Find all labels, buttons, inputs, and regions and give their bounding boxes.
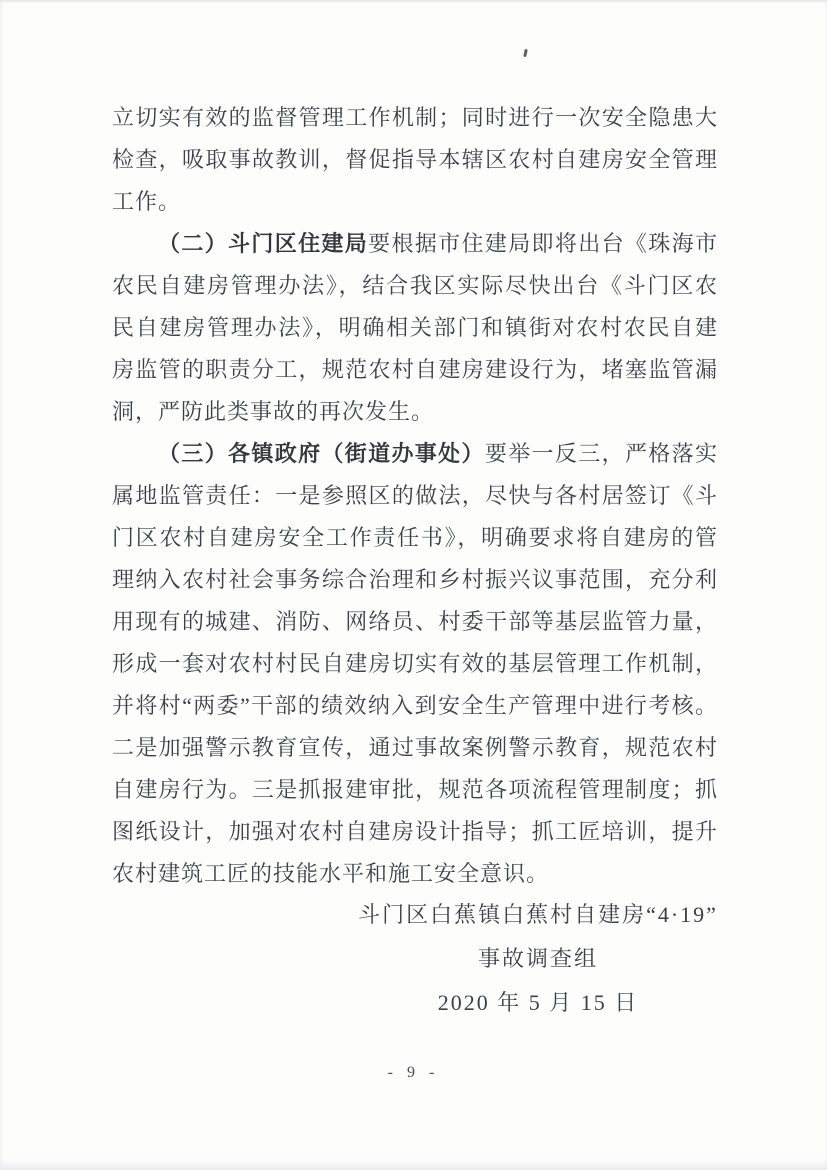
paragraph-section-3: （三）各镇政府（街道办事处）要举一反三，严格落实属地监管责任：一是参照区的做法，… — [112, 433, 718, 895]
paragraph-section-2: （二）斗门区住建局要根据市住建局即将出台《珠海市农民自建房管理办法》，结合我区实… — [112, 223, 718, 433]
paragraph-continuation-text: 立切实有效的监督管理工作机制；同时进行一次安全隐患大检查，吸取事故教训，督促指导… — [112, 105, 718, 214]
signature-block: 斗门区白蕉镇白蕉村自建房“4·19” 事故调查组 2020 年 5 月 15 日 — [348, 893, 728, 1025]
signature-org-line1: 斗门区白蕉镇白蕉村自建房“4·19” — [348, 893, 728, 937]
signature-org-line2: 事故调查组 — [348, 937, 728, 981]
section-2-text: 要根据市住建局即将出台《珠海市农民自建房管理办法》，结合我区实际尽快出台《斗门区… — [112, 231, 718, 424]
page-number: - 9 - — [0, 1064, 827, 1082]
scan-speck-icon — [523, 49, 528, 57]
section-3-text: 要举一反三，严格落实属地监管责任：一是参照区的做法，尽快与各村居签订《斗门区农村… — [112, 441, 718, 886]
section-2-heading: （二）斗门区住建局 — [158, 231, 368, 256]
document-body: 立切实有效的监督管理工作机制；同时进行一次安全隐患大检查，吸取事故教训，督促指导… — [112, 97, 718, 895]
paragraph-continuation: 立切实有效的监督管理工作机制；同时进行一次安全隐患大检查，吸取事故教训，督促指导… — [112, 97, 718, 223]
document-page: 立切实有效的监督管理工作机制；同时进行一次安全隐患大检查，吸取事故教训，督促指导… — [0, 0, 827, 1170]
section-3-heading: （三）各镇政府（街道办事处） — [158, 441, 485, 466]
signature-date: 2020 年 5 月 15 日 — [348, 981, 728, 1025]
